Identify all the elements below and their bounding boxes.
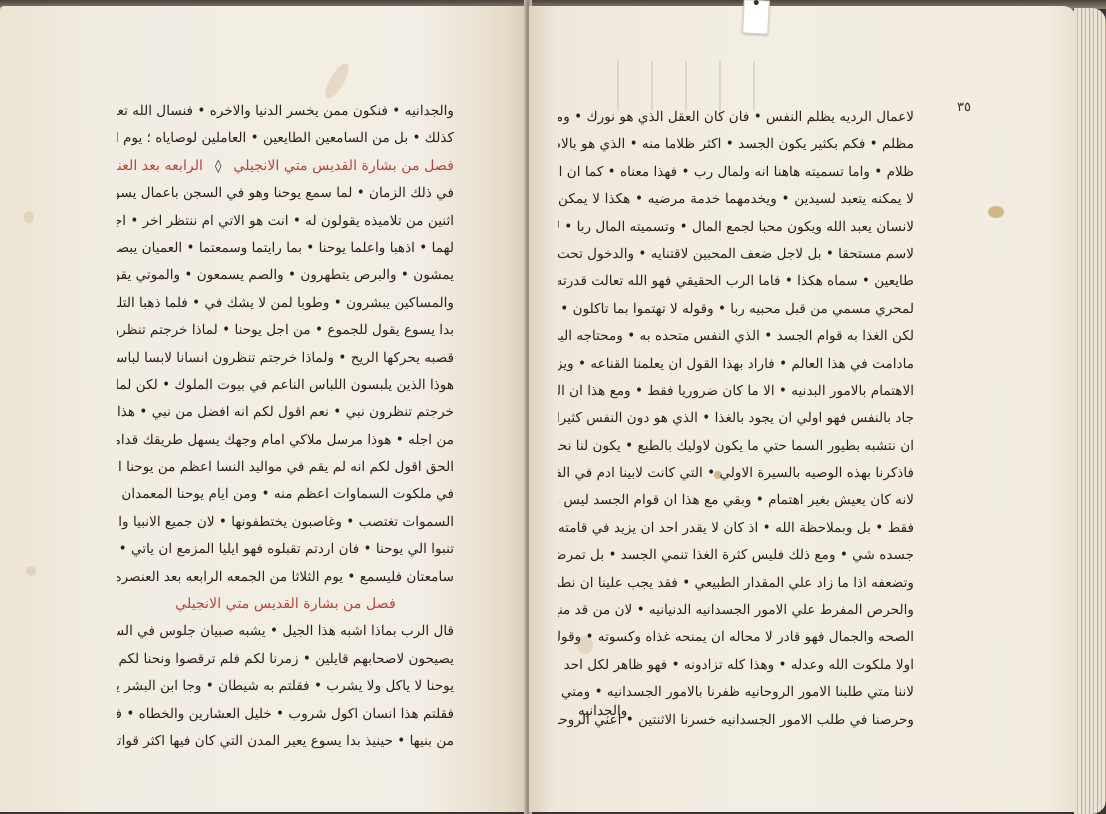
right-page: لاعمال الرديه يظلم النفس • فان كان العقل… [529, 6, 1077, 812]
text-line: مظلم • فكم بكثير يكون الجسد • اكثر ظلاما… [558, 131, 914, 158]
text-line: لانسان يعبد الله ويكون محبا لجمع المال •… [558, 214, 914, 241]
text-line: بدا يسوع يقول للجموع • من اجل يوحنا • لم… [117, 317, 454, 344]
left-page: والجدانيه • فنكون ممن يخسر الدنيا والاخر… [0, 6, 527, 812]
rubric-heading-line: فصل من بشارة القديس متي الانجيلي ◊ الراب… [117, 153, 454, 180]
text-line: ان نتشبه بطيور السما حتي ما يكون لاوليك … [558, 433, 914, 460]
water-stain [321, 60, 353, 102]
text-line: لا يمكنه يتعبد لسيدين • ويخدمهما خدمة مر… [558, 186, 914, 213]
rubric-heading-part: الرابعه بعد العنصره [117, 153, 203, 180]
text-line: والحرص المفرط علي الامور الجسدانيه الدني… [558, 597, 914, 624]
text-line: الاهتمام بالامور البدنيه • الا ما كان ضر… [558, 378, 914, 405]
text-line: يصيحون لاصحابهم قايلين • زمرنا لكم فلم ت… [117, 646, 454, 673]
text-line: لمحري مسمي من قبل محبيه ربا • وقوله لا ت… [558, 296, 914, 323]
text-line: من بنيها • حينيذ بدا يسوع يعير المدن الت… [117, 728, 454, 755]
text-line: اولا ملكوت الله وعدله • وهذا كله تزادونه… [558, 652, 914, 679]
rubric-heading-line: فصل من بشارة القديس متي الانجيلي [117, 591, 454, 618]
text-line: لكن الغذا به قوام الجسد • الذي النفس متح… [558, 323, 914, 350]
left-text-block: والجدانيه • فنكون ممن يخسر الدنيا والاخر… [117, 98, 454, 755]
text-line: الصحه والجمال فهو قادر لا محاله ان يمنحه… [558, 624, 914, 651]
text-line: لاعمال الرديه يظلم النفس • فان كان العقل… [558, 104, 914, 131]
text-line: فقط • بل وبملاحظة الله • اذ كان لا يقدر … [558, 515, 914, 542]
bookmark-tab[interactable] [742, 0, 770, 35]
text-line: مادامت في هذا العالم • فاراد بهذا القول … [558, 351, 914, 378]
text-line: خرجتم تنظرون نبي • نعم اقول لكم انه افضل… [117, 399, 454, 426]
manuscript-spread: والجدانيه • فنكون ممن يخسر الدنيا والاخر… [0, 0, 1106, 814]
text-line: وتضعفه اذا ما زاد علي المقدار الطبيعي • … [558, 570, 914, 597]
text-line: لانه كان يعيش بغير اهتمام • وبقي مع هذا … [558, 487, 914, 514]
text-line: طايعين • سماه هكذا • فاما الرب الحقيقي ف… [558, 268, 914, 295]
diamond-ornament-icon: ◊ [203, 153, 233, 180]
text-line: والجدانيه • فنكون ممن يخسر الدنيا والاخر… [117, 98, 454, 125]
text-line: سامعتان فليسمع • يوم الثلاثا من الجمعه ا… [117, 564, 454, 591]
text-line: والمساكين يبشرون • وطوبا لمن لا يشك في •… [117, 290, 454, 317]
text-line: هوذا الذين يلبسون اللباس الناعم في بيوت … [117, 372, 454, 399]
text-line: اثنين من تلاميذه يقولون له • انت هو الات… [117, 208, 454, 235]
text-line: لاسم مستحقا • بل لاجل ضعف المحبين لاقتنا… [558, 241, 914, 268]
text-line: السموات تغتصب • وغاصبون يختطفونها • لان … [117, 509, 454, 536]
text-line: يمشون • والبرص يتطهرون • والصم يسمعون • … [117, 262, 454, 289]
right-text-block: لاعمال الرديه يظلم النفس • فان كان العقل… [558, 104, 914, 734]
text-line: قال الرب بماذا اشبه هذا الجيل • يشبه صبي… [117, 618, 454, 645]
water-stain [988, 206, 1004, 218]
water-stain [26, 566, 36, 576]
text-line: جاد بالنفس فهو اولي ان يجود بالغذا • الذ… [558, 405, 914, 432]
text-line: من اجله • هوذا مرسل ملاكي امام وجهك يسهل… [117, 427, 454, 454]
text-line: كذلك • بل من السامعين الطايعين • العاملي… [117, 125, 454, 152]
catchword: والجدانيه [578, 703, 627, 719]
text-line: قصبه يحركها الريح • ولماذا خرجتم تنظرون … [117, 345, 454, 372]
rubric-heading-part: فصل من بشارة القديس متي الانجيلي [233, 153, 454, 180]
text-line: تنبوا الي يوحنا • فان اردتم تقبلوه فهو ا… [117, 536, 454, 563]
text-line: في ذلك الزمان • لما سمع يوحنا وهو في الس… [117, 180, 454, 207]
text-line: فقلتم هذا انسان اكول شروب • خليل العشاري… [117, 701, 454, 728]
text-line: جسده شي • ومع ذلك فليس كثرة الغذا تنمي ا… [558, 542, 914, 569]
text-line: يوحنا لا ياكل ولا يشرب • فقلتم به شيطان … [117, 673, 454, 700]
text-line: الحق اقول لكم انه لم يقم في مواليد النسا… [117, 454, 454, 481]
text-line: ظلام • واما تسميته هاهنا انه ولمال رب • … [558, 159, 914, 186]
text-line: فاذكرنا بهذه الوصيه بالسيرة الاولي • الت… [558, 460, 914, 487]
water-stain [24, 211, 34, 223]
text-line: لهما • اذهبا واعلما يوحنا • بما رايتما و… [117, 235, 454, 262]
folio-number: ٣٥ [957, 100, 971, 115]
text-line: في ملكوت السماوات اعظم منه • ومن ايام يو… [117, 481, 454, 508]
book-fore-edge [1074, 8, 1106, 814]
